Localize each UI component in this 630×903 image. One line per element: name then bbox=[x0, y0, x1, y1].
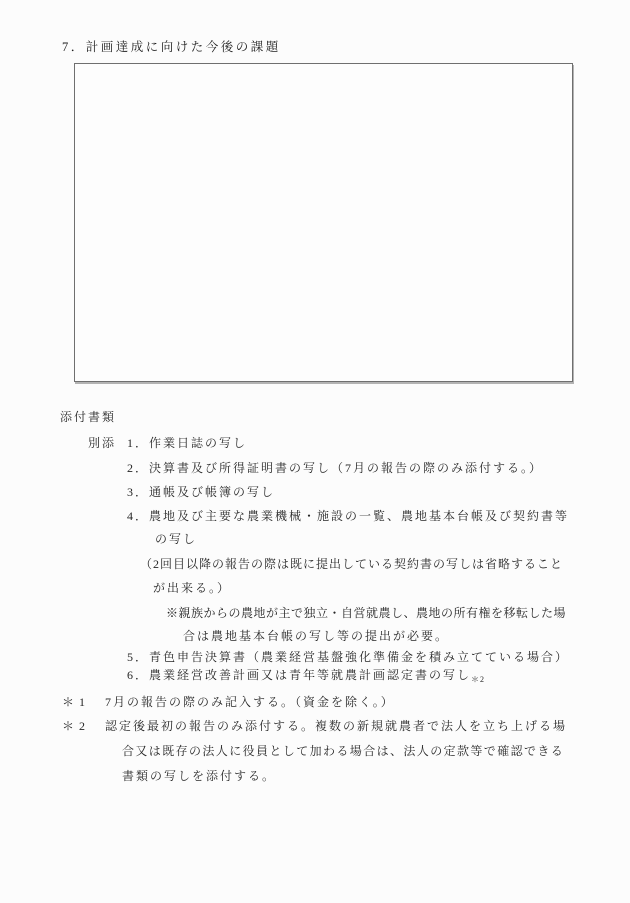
attachment-item-4-note-line1: ※親族からの農地が主で独立・自営就農し、農地の所有権を移転した場 bbox=[166, 605, 566, 621]
attachment-item-4-line2: の写し bbox=[155, 531, 197, 547]
attachment-item-4-line1: 4．農地及び主要な農業機械・施設の一覧、農地基本台帳及び契約書等 bbox=[127, 508, 569, 524]
footnote-2-line3: 書類の写しを添付する。 bbox=[122, 768, 276, 784]
attachment-item-4-paren-line2: が出来る。） bbox=[153, 580, 231, 596]
attachment-item-4-paren-line1: （2回目以降の報告の際は既に提出している契約書の写しは省略すること bbox=[140, 556, 563, 572]
attachment-item-1: 1．作業日誌の写し bbox=[127, 435, 247, 451]
attachment-item-6: 6．農業経営改善計画又は青年等就農計画認定書の写し＊2 bbox=[127, 667, 485, 688]
attachment-item-6-text: 6．農業経営改善計画又は青年等就農計画認定書の写し bbox=[127, 668, 471, 682]
attachment-item-3: 3．通帳及び帳簿の写し bbox=[127, 484, 275, 500]
attachment-item-2: 2．決算書及び所得証明書の写し（7月の報告の際のみ添付する。） bbox=[127, 460, 543, 476]
appendix-label: 別添 bbox=[88, 435, 116, 451]
footnote-1-text: 7月の報告の際のみ記入する。（資金を除く。） bbox=[105, 694, 395, 710]
footnote-2-line2: 合又は既存の法人に役員として加わる場合は、法人の定款等で確認できる bbox=[122, 743, 564, 759]
attachments-title: 添付書類 bbox=[60, 409, 116, 425]
attachment-item-4-note-line2: 合は農地基本台帳の写し等の提出が必要。 bbox=[183, 628, 449, 644]
footnote-2-label: ＊2 bbox=[62, 718, 90, 734]
attachment-item-5: 5．青色申告決算書（農業経営基盤強化準備金を積み立てている場合） bbox=[127, 649, 569, 665]
section-7-heading: 7．計画達成に向けた今後の課題 bbox=[62, 39, 281, 55]
footnote-1-label: ＊1 bbox=[62, 694, 90, 710]
challenges-fill-in-box[interactable] bbox=[74, 63, 573, 382]
document-page: 7．計画達成に向けた今後の課題 添付書類 別添 1．作業日誌の写し 2．決算書及… bbox=[0, 0, 630, 903]
attachment-item-6-subscript: ＊2 bbox=[471, 675, 485, 684]
footnote-2-line1: 認定後最初の報告のみ添付する。複数の新規就農者で法人を立ち上げる場 bbox=[105, 718, 567, 734]
